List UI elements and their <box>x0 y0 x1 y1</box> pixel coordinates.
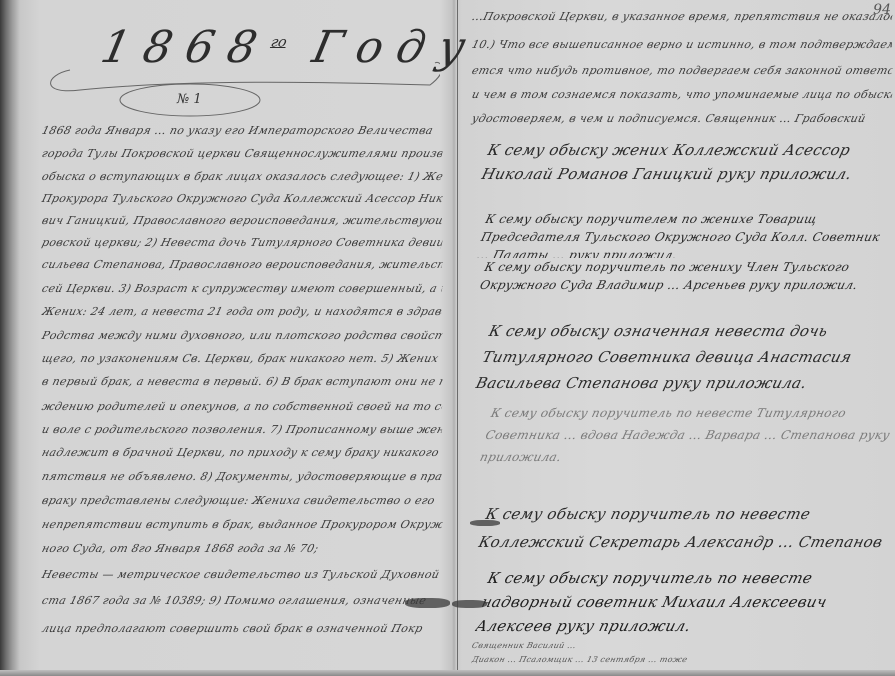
text-line: сей Церкви. 3) Возраст к супружеству име… <box>40 280 444 298</box>
footer-note: Священник Василий ... <box>471 640 894 651</box>
text-line: ровской церкви; 2) Невеста дочь Титулярн… <box>40 234 444 252</box>
entry-number: № 1 <box>177 92 202 107</box>
signature-bride-witness-1: К сему обыску поручитель по невесте Титу… <box>470 402 895 498</box>
signature-groom-witness-2: К сему обыску поручитель по жениху Член … <box>477 258 895 298</box>
book-spine-edge <box>0 0 20 676</box>
text-line: Жених: 24 лет, а невеста 21 года от роду… <box>40 303 444 321</box>
ink-blot <box>405 598 450 608</box>
text-line: в первый брак, а невеста в первый. 6) В … <box>40 373 444 391</box>
ink-blot <box>470 520 500 526</box>
signature-bride-witness-2: К сему обыску поручитель по невесте Колл… <box>475 500 895 560</box>
text-line: Невесты — метрическое свидетельство из Т… <box>40 566 444 584</box>
text-line: враку представлены следующие: Жениха сви… <box>40 492 444 510</box>
text-line: 1868 года Января ... по указу его Импера… <box>40 122 444 140</box>
title-flourish <box>40 60 440 120</box>
document-scan: 1868го Году № 1 1868 года Января ... по … <box>0 0 895 676</box>
page-gutter-line <box>457 0 458 676</box>
left-page: 1868го Году № 1 1868 года Января ... по … <box>22 0 452 676</box>
right-page: 94 ...Покровской Церкви, в указанное вре… <box>462 0 895 676</box>
text-line: и чем в том сознаемся показать, что упом… <box>470 86 894 104</box>
year-suffix: го <box>269 34 288 50</box>
signature-bride-witness-3: К сему обыску поручитель по невесте надв… <box>473 566 895 638</box>
text-line: сильева Степанова, Православного вероисп… <box>40 256 444 274</box>
text-line: города Тулы Покровской церкви Священносл… <box>40 145 444 163</box>
signature-groom: К сему обыску жених Коллежский Асессор Н… <box>473 138 895 210</box>
ink-blot <box>452 600 487 608</box>
text-line: ...Покровской Церкви, в указанное время,… <box>470 8 894 26</box>
text-line: лица предполагают совершить свой брак в … <box>40 620 444 638</box>
text-line: обыска о вступающих в брак лицах оказало… <box>40 168 444 186</box>
signature-groom-witness-1: К сему обыску поручителем по женихе Това… <box>476 210 895 258</box>
text-line: Родства между ними духовного, или плотск… <box>40 327 444 345</box>
text-line: и воле с родительского позволения. 7) Пр… <box>40 421 444 439</box>
text-line: ста 1867 года за № 10389; 9) Помимо огла… <box>40 592 444 610</box>
footer-note: Диакон ... Псаломщик ... 13 сентября ...… <box>471 654 894 665</box>
text-line: вич Ганицкий, Православного вероисповеда… <box>40 212 444 230</box>
text-line: Прокурора Тульского Окружного Суда Колле… <box>40 190 444 208</box>
signature-bride: К сему обыску означенная невеста дочь Ти… <box>472 318 895 402</box>
page-bottom-edge <box>0 670 895 676</box>
text-line: щего, по узаконениям Св. Церкви, брак ни… <box>40 350 444 368</box>
text-line: 10.) Что все вышеписанное верно и истинн… <box>470 36 894 54</box>
text-line: удостоверяем, в чем и подписуемся. Свяще… <box>470 110 894 128</box>
text-line: ного Суда, от 8го Января 1868 года за № … <box>40 540 444 558</box>
text-line: надлежит в брачной Церкви, по приходу к … <box>40 444 444 462</box>
page-gutter-shadow <box>452 0 456 676</box>
text-line: ется что нибудь противное, то подвергаем… <box>470 62 894 80</box>
text-line: непрепятствии вступить в брак, выданное … <box>40 516 444 534</box>
text-line: ждению родителей и опекунов, а по собств… <box>40 398 444 416</box>
text-line: пятствия не объявлено. 8) Документы, удо… <box>40 468 444 486</box>
